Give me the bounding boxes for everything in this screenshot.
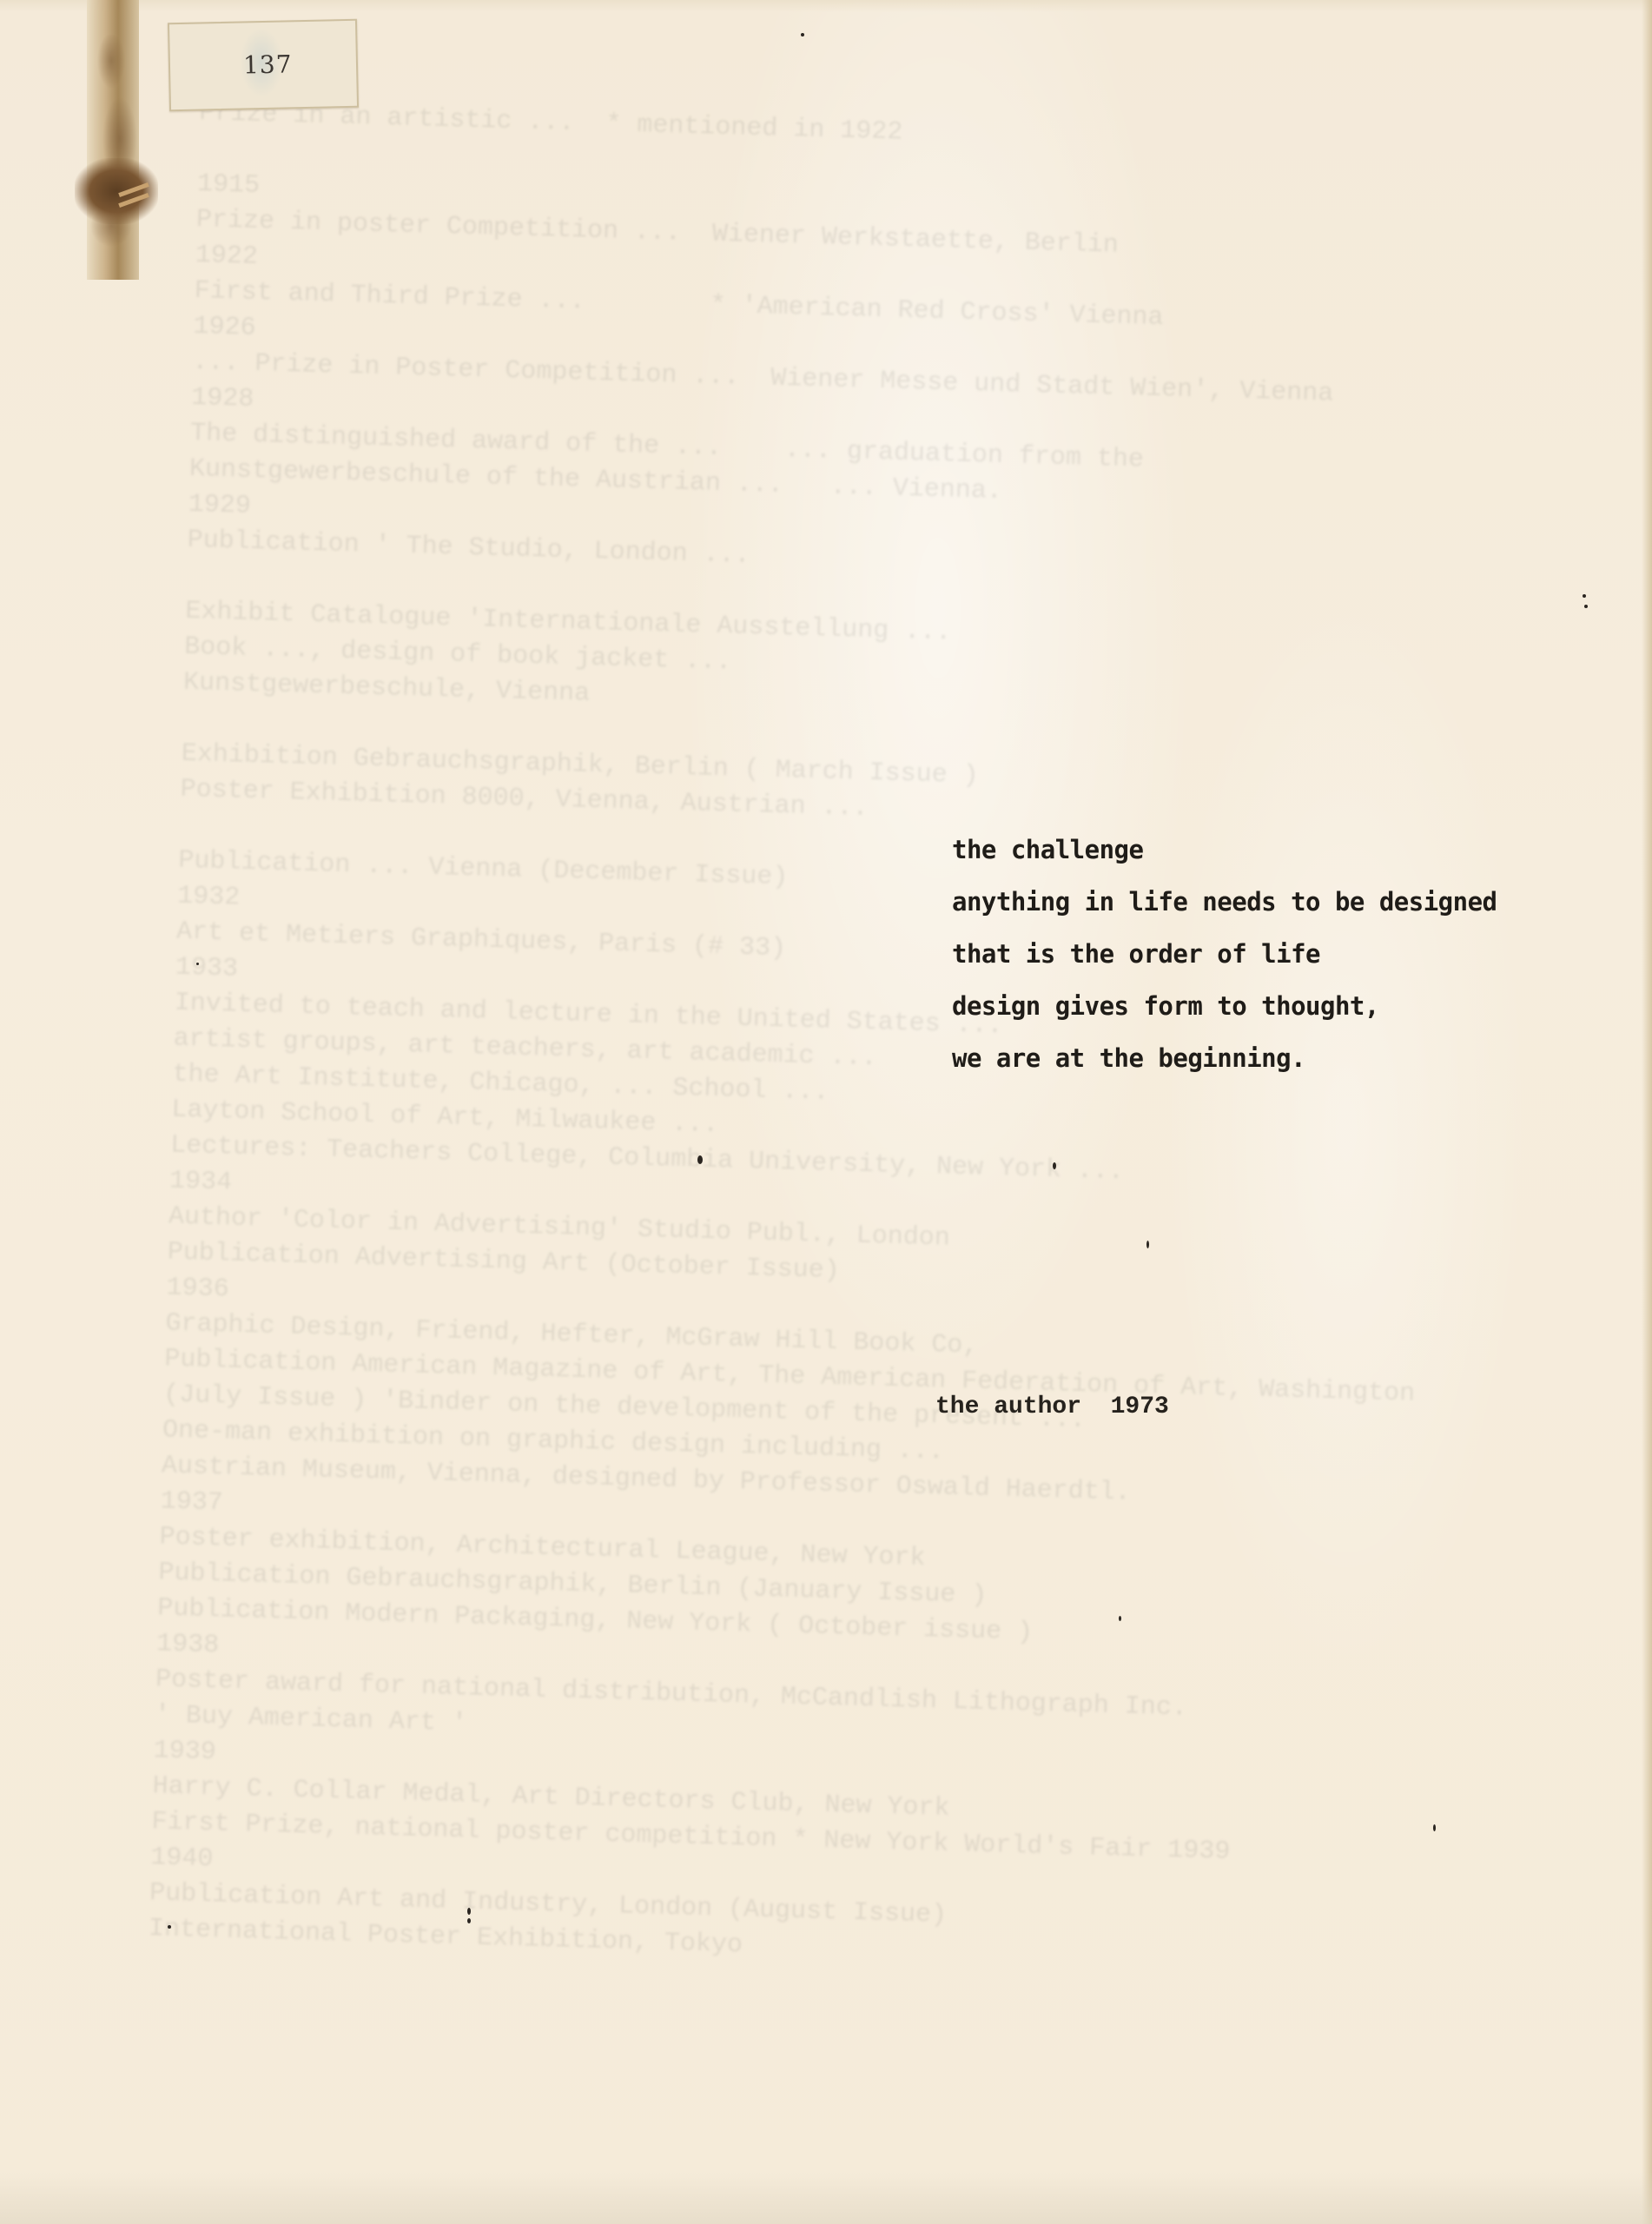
ink-speck — [697, 1155, 703, 1164]
ink-speck — [467, 1918, 471, 1923]
ink-speck — [467, 1908, 471, 1915]
poem-line-title: the challenge — [952, 824, 1497, 876]
poem-line: that is the order of life — [952, 928, 1497, 980]
poem-line: design gives form to thought, — [952, 980, 1497, 1032]
ink-speck — [1584, 605, 1588, 608]
ink-speck — [168, 1925, 171, 1929]
ink-speck — [1119, 1616, 1121, 1621]
poem-line: anything in life needs to be designed — [952, 876, 1497, 928]
ink-speck — [196, 963, 199, 965]
ink-speck — [1583, 594, 1586, 598]
ink-speck — [1146, 1241, 1149, 1248]
paper-bottom-shadow — [0, 2172, 1652, 2224]
tape-knot — [75, 158, 158, 224]
poem-line: we are at the beginning. — [952, 1032, 1497, 1084]
main-text-block: the challenge anything in life needs to … — [952, 824, 1497, 1084]
ink-speck — [1433, 1824, 1436, 1831]
page-number-label: 137 — [168, 19, 359, 112]
ink-speck — [801, 33, 804, 36]
ink-speck — [1053, 1162, 1056, 1169]
paper-right-edge — [1642, 0, 1652, 2224]
author-signature: the author 1973 — [935, 1393, 1169, 1420]
tape-strip — [87, 0, 139, 280]
page-number: 137 — [243, 50, 293, 79]
paper-top-edge — [0, 0, 1652, 12]
